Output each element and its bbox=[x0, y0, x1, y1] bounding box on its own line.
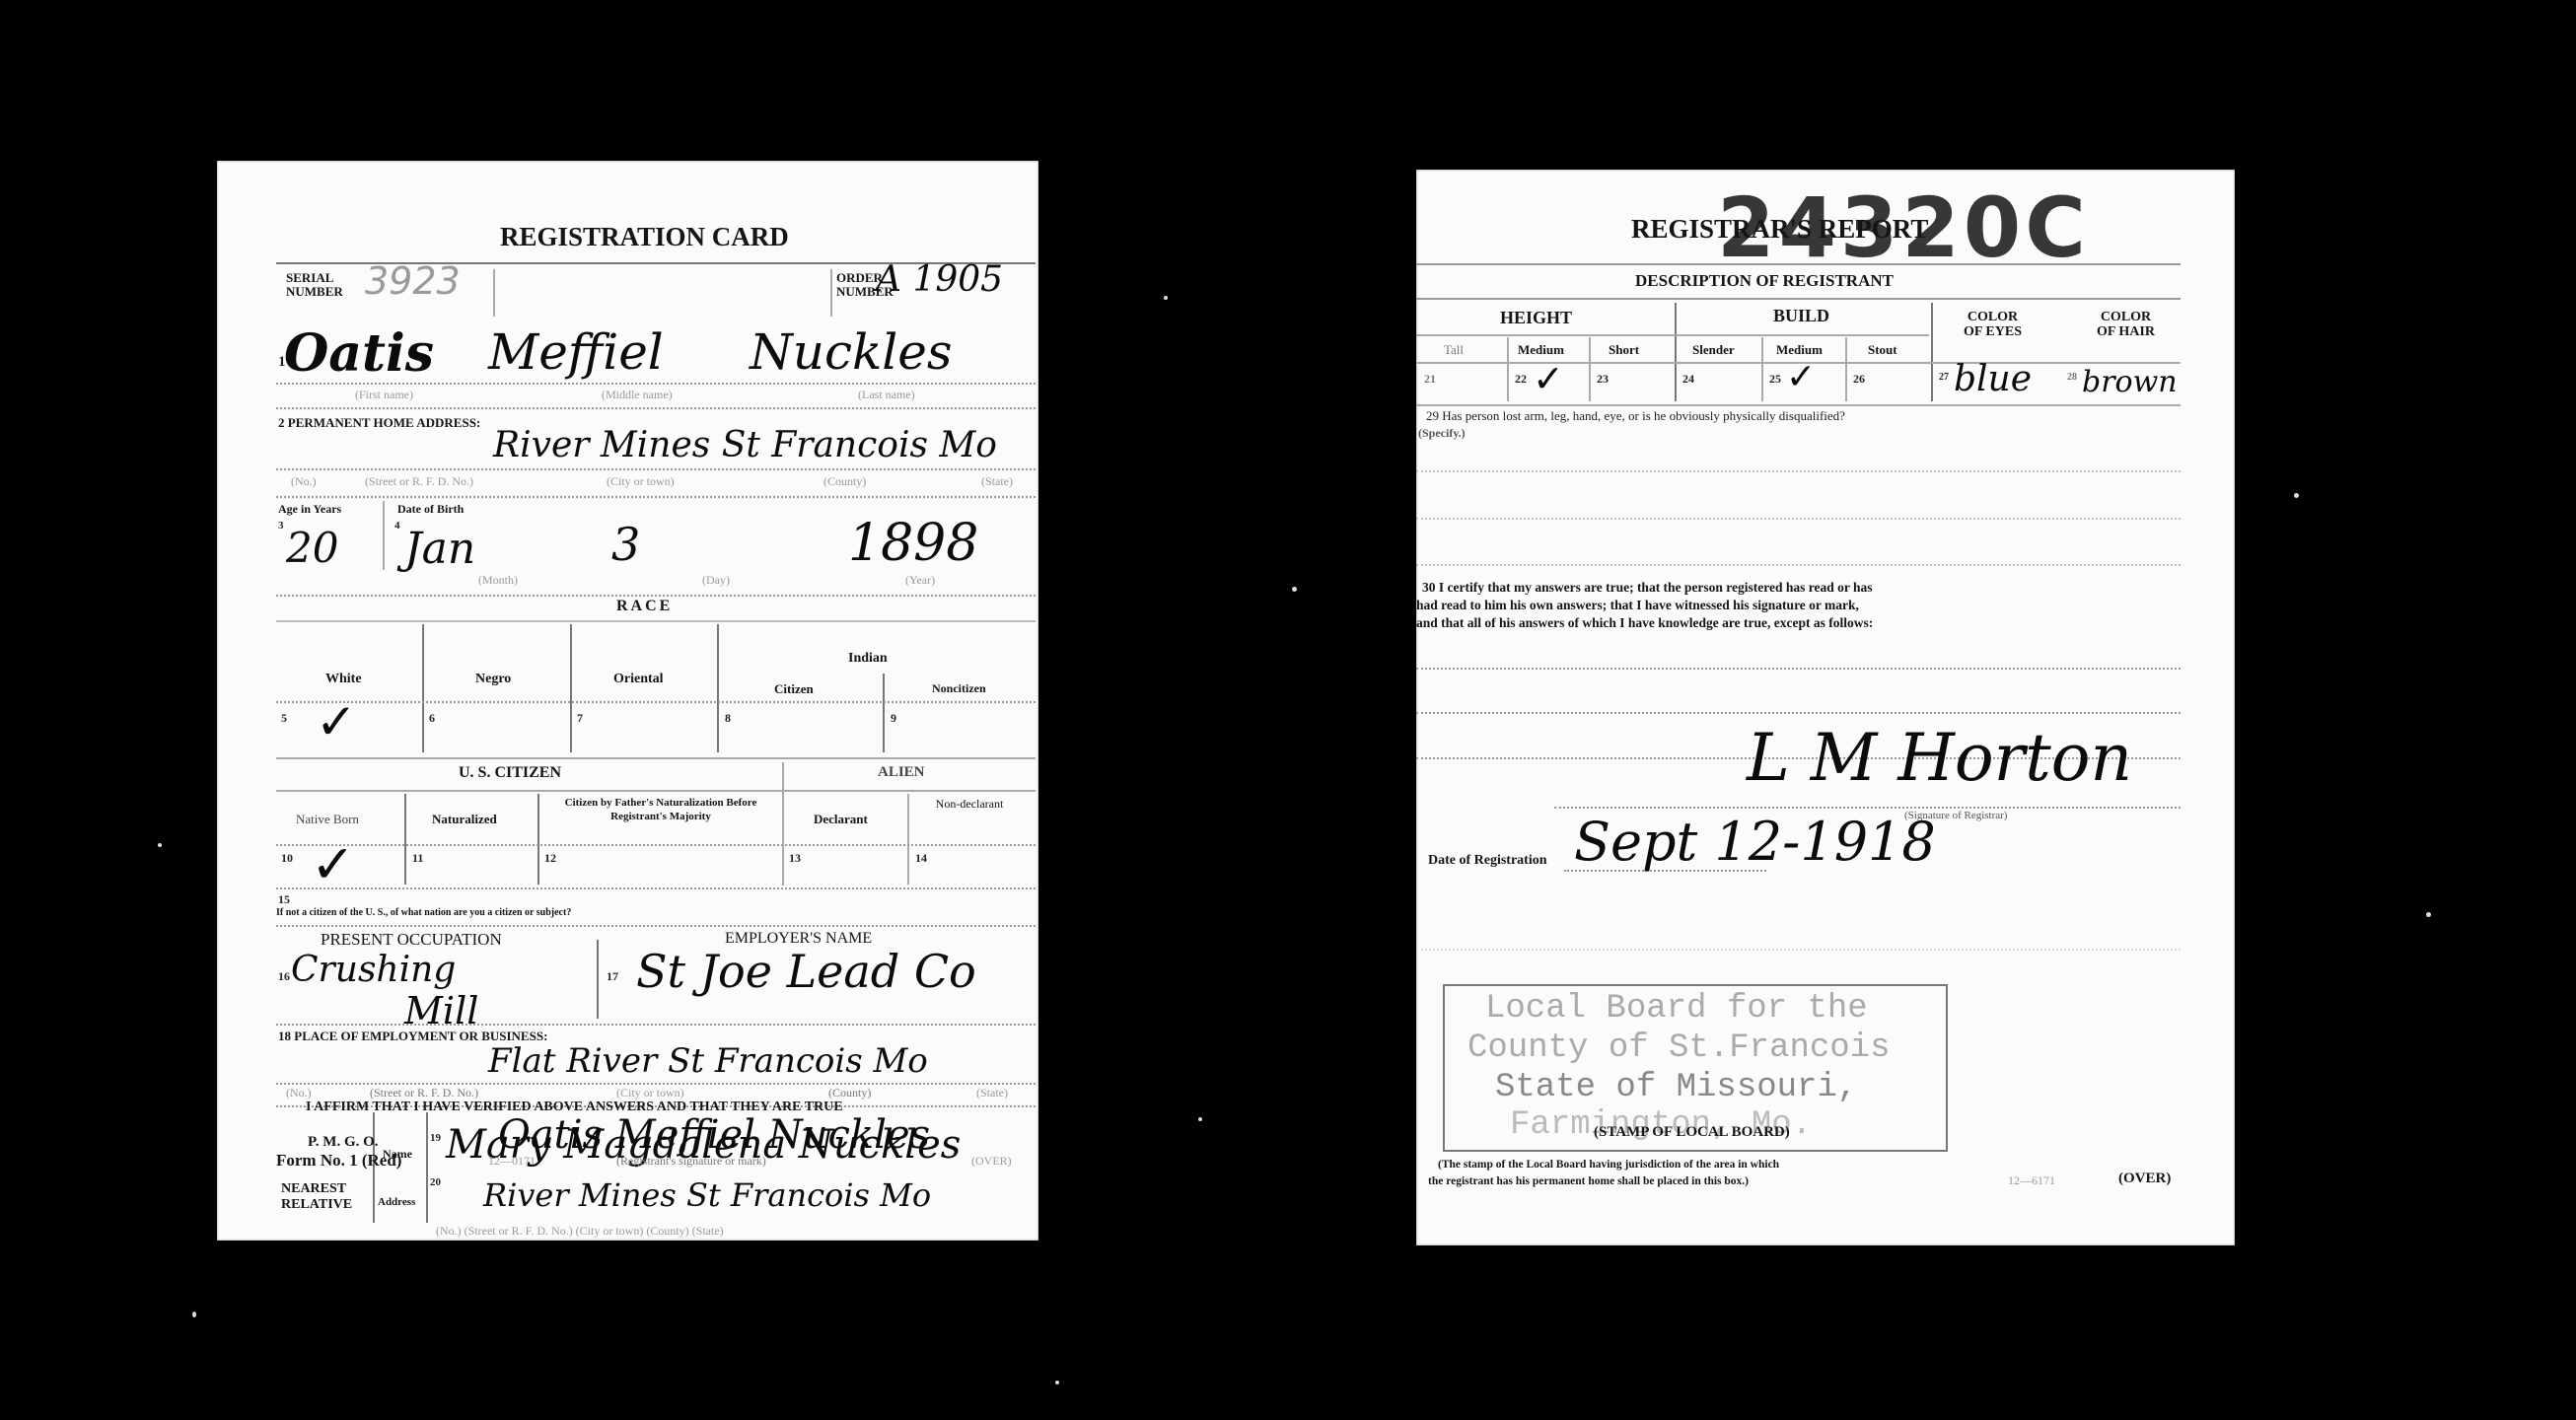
divider bbox=[1589, 337, 1591, 401]
field-number: 12 bbox=[544, 851, 556, 866]
scan-speck bbox=[1055, 1381, 1059, 1384]
scan-speck bbox=[158, 843, 162, 847]
field-number: 9 bbox=[891, 711, 896, 726]
relative-address-caption: (No.) (Street or R. F. D. No.) (City or … bbox=[436, 1224, 724, 1239]
nearest-relative-label-line2: RELATIVE bbox=[281, 1197, 352, 1213]
field-number: 20 bbox=[430, 1176, 441, 1188]
stamp-line: Local Board for the bbox=[1485, 990, 1868, 1028]
field-number: 25 bbox=[1769, 372, 1781, 387]
address-caption: (City or town) bbox=[607, 474, 675, 489]
divider bbox=[537, 794, 539, 885]
dob-caption: (Year) bbox=[905, 573, 935, 588]
field-number: 13 bbox=[789, 851, 801, 866]
scan-speck bbox=[1198, 1117, 1202, 1121]
field-number: 17 bbox=[607, 969, 618, 984]
name-caption: (Middle name) bbox=[602, 388, 673, 402]
field-number: 7 bbox=[577, 711, 583, 726]
q29-disqualification-question: 29 Has person lost arm, leg, hand, eye, … bbox=[1426, 408, 1845, 424]
dob-day: 3 bbox=[611, 518, 640, 571]
field-number: 23 bbox=[1597, 372, 1609, 387]
serial-number: 3923 bbox=[365, 259, 461, 303]
stamp-line: State of Missouri, bbox=[1495, 1069, 1857, 1106]
citizen-header-native-born: Native Born bbox=[296, 812, 359, 827]
scan-speck bbox=[1292, 587, 1297, 592]
scan-speck bbox=[192, 1312, 196, 1317]
occupation-label: PRESENT OCCUPATION bbox=[321, 930, 502, 950]
relative-address-label: Address bbox=[378, 1196, 415, 1208]
race-title: RACE bbox=[616, 598, 673, 615]
name-caption: (First name) bbox=[355, 388, 413, 402]
name-caption: (Last name) bbox=[858, 388, 915, 402]
dob-caption: (Day) bbox=[702, 573, 730, 588]
hair-color-title-line2: OF HAIR bbox=[2097, 324, 2155, 339]
field-number: 4 bbox=[394, 520, 400, 532]
hair-color-value: brown bbox=[2082, 365, 2178, 399]
divider bbox=[907, 794, 909, 885]
race-header-oriental: Oriental bbox=[613, 672, 664, 687]
dotted-line bbox=[276, 496, 1036, 498]
scan-speck bbox=[2426, 912, 2431, 917]
nearest-relative-label: NEAREST RELATIVE bbox=[281, 1181, 352, 1213]
occupation-value: Crushing bbox=[291, 950, 456, 990]
place-caption: (City or town) bbox=[616, 1086, 684, 1100]
stamp-line: County of St.Francois bbox=[1467, 1029, 1890, 1067]
permanent-address-value: River Mines St Francois Mo bbox=[493, 425, 997, 465]
dob-month: Jan bbox=[404, 524, 475, 574]
field-number: 26 bbox=[1853, 372, 1865, 387]
form-number: Form No. 1 (Red) bbox=[276, 1151, 401, 1171]
divider bbox=[717, 624, 719, 752]
dotted-line bbox=[276, 1024, 1036, 1026]
registrant-signature: Oatis Meffiel Nuckles bbox=[498, 1112, 930, 1158]
serial-label: SERIAL NUMBER bbox=[286, 271, 343, 299]
field-number: 22 bbox=[1515, 372, 1527, 387]
registration-card-front: REGISTRATION CARD SERIAL NUMBER 3923 ORD… bbox=[217, 161, 1038, 1241]
field-number: 5 bbox=[281, 711, 287, 726]
dotted-line bbox=[276, 595, 1036, 597]
race-header-indian: Indian bbox=[848, 651, 888, 667]
dotted-line bbox=[1416, 949, 2181, 951]
q15-nationality-question: If not a citizen of the U. S., of what n… bbox=[276, 907, 571, 918]
occupation-value-line2: Mill bbox=[404, 989, 478, 1032]
address-caption: (No.) bbox=[291, 474, 317, 489]
divider bbox=[883, 674, 885, 752]
place-caption: (State) bbox=[976, 1086, 1008, 1100]
alien-title: ALIEN bbox=[878, 764, 925, 781]
dob-label: Date of Birth bbox=[397, 502, 464, 517]
field-number: 15 bbox=[278, 892, 290, 907]
divider bbox=[404, 794, 406, 885]
divider bbox=[1931, 303, 1933, 401]
serial-label-line1: SERIAL bbox=[286, 271, 343, 285]
dob-year: 1898 bbox=[848, 514, 978, 573]
age-value: 20 bbox=[286, 524, 338, 572]
form-code: 12—0171 bbox=[488, 1154, 536, 1169]
dotted-line bbox=[276, 407, 1036, 409]
build-title: BUILD bbox=[1773, 306, 1829, 326]
dotted-line bbox=[1416, 668, 2181, 670]
race-header-indian-noncitizen: Noncitizen bbox=[932, 681, 986, 696]
stamp-instruction-line-1: (The stamp of the Local Board having jur… bbox=[1438, 1159, 1779, 1171]
dotted-line bbox=[1416, 712, 2181, 714]
build-header-stout: Stout bbox=[1868, 342, 1897, 358]
place-caption: (No.) bbox=[286, 1086, 312, 1100]
divider bbox=[782, 762, 784, 886]
address-caption: (Street or R. F. D. No.) bbox=[365, 474, 473, 489]
divider bbox=[1416, 334, 1929, 336]
build-header-medium: Medium bbox=[1776, 342, 1823, 358]
age-label: Age in Years bbox=[278, 502, 341, 517]
card-title: REGISTRATION CARD bbox=[500, 222, 789, 252]
race-header-white: White bbox=[325, 672, 362, 687]
divider bbox=[276, 790, 1036, 792]
dotted-line bbox=[1416, 518, 2181, 520]
height-medium-checkmark: ✓ bbox=[1533, 357, 1564, 400]
middle-name: Meffiel bbox=[488, 323, 664, 381]
over-label: (OVER) bbox=[971, 1154, 1012, 1169]
dotted-line bbox=[276, 1083, 1036, 1085]
scan-speck bbox=[2294, 493, 2299, 498]
certification-line-3: and that all of his answers of which I h… bbox=[1416, 615, 1873, 631]
hair-color-title: COLOR OF HAIR bbox=[2097, 310, 2155, 339]
divider bbox=[830, 269, 832, 317]
field-number: 27 bbox=[1939, 372, 1949, 383]
divider bbox=[276, 620, 1036, 622]
race-header-indian-citizen: Citizen bbox=[774, 681, 814, 697]
field-number: 28 bbox=[2067, 372, 2077, 383]
address-caption: (County) bbox=[823, 474, 866, 489]
dob-caption: (Month) bbox=[478, 573, 518, 588]
scan-speck bbox=[1164, 296, 1168, 300]
height-header-medium: Medium bbox=[1518, 342, 1564, 358]
citizen-header-father-naturalization: Citizen by Father's Naturalization Befor… bbox=[552, 796, 769, 823]
form-issuer: P. M. G. O. bbox=[308, 1134, 379, 1151]
divider bbox=[383, 501, 385, 570]
permanent-address-label: 2 PERMANENT HOME ADDRESS: bbox=[278, 415, 480, 431]
race-header-negro: Negro bbox=[475, 672, 511, 687]
registrars-report-back: REGISTRAR'S REPORT 24320C DESCRIPTION OF… bbox=[1416, 170, 2235, 1245]
field-number: 8 bbox=[725, 711, 731, 726]
eye-color-value: blue bbox=[1954, 359, 2032, 399]
field-number: 24 bbox=[1682, 372, 1694, 387]
divider bbox=[422, 624, 424, 752]
over-label: (OVER) bbox=[2118, 1171, 2171, 1187]
divider bbox=[1845, 337, 1847, 401]
employer-value: St Joe Lead Co bbox=[636, 945, 976, 998]
divider bbox=[1675, 303, 1677, 401]
hair-color-title-line1: COLOR bbox=[2097, 310, 2155, 324]
field-number: 3 bbox=[278, 520, 284, 532]
dotted-line bbox=[276, 468, 1036, 470]
field-number: 11 bbox=[412, 851, 423, 866]
us-citizen-title: U. S. CITIZEN bbox=[459, 764, 561, 782]
field-number: 21 bbox=[1424, 372, 1436, 387]
eye-color-title-line1: COLOR bbox=[1964, 310, 2022, 324]
form-code: 12—6171 bbox=[2008, 1173, 2055, 1188]
certification-line-2: had read to him his own answers; that I … bbox=[1416, 598, 1859, 613]
stamp-instruction-line-2: the registrant has his permanent home sh… bbox=[1428, 1175, 1749, 1187]
stamped-serial-number: 24320C bbox=[1717, 179, 2090, 276]
divider bbox=[1416, 404, 2181, 406]
build-medium-checkmark: ✓ bbox=[1786, 357, 1816, 397]
place-of-employment-value: Flat River St Francois Mo bbox=[488, 1041, 928, 1081]
eye-color-title-line2: OF EYES bbox=[1964, 324, 2022, 339]
field-number: 19 bbox=[430, 1132, 441, 1144]
serial-label-line2: NUMBER bbox=[286, 285, 343, 299]
dotted-line bbox=[276, 844, 1036, 846]
divider bbox=[1507, 337, 1509, 401]
description-title: DESCRIPTION OF REGISTRANT bbox=[1635, 271, 1894, 291]
alien-header-declarant: Declarant bbox=[814, 812, 868, 827]
divider bbox=[1761, 337, 1763, 401]
divider bbox=[493, 269, 495, 317]
divider bbox=[276, 757, 1036, 759]
signature-line bbox=[1554, 807, 2181, 809]
order-number: A 1905 bbox=[876, 259, 1003, 300]
height-header-short: Short bbox=[1609, 342, 1639, 358]
divider bbox=[1416, 298, 2181, 300]
address-caption: (State) bbox=[981, 474, 1013, 489]
stamp-caption: (STAMP OF LOCAL BOARD) bbox=[1594, 1124, 1790, 1141]
eye-color-title: COLOR OF EYES bbox=[1964, 310, 2022, 339]
dotted-line bbox=[276, 887, 1036, 889]
registrar-signature: L M Horton bbox=[1747, 720, 2132, 796]
place-caption: (Street or R. F. D. No.) bbox=[370, 1086, 478, 1100]
height-title: HEIGHT bbox=[1500, 308, 1572, 328]
signature-caption: (Registrant's signature or mark) bbox=[616, 1154, 766, 1169]
field-number: 10 bbox=[281, 851, 293, 866]
dotted-line bbox=[1416, 564, 2181, 566]
dotted-line bbox=[1416, 470, 2181, 472]
place-caption: (County) bbox=[828, 1086, 871, 1100]
height-header-tall: Tall bbox=[1444, 342, 1464, 358]
alien-header-nondeclarant: Non-declarant bbox=[925, 796, 1014, 812]
date-of-registration-value: Sept 12-1918 bbox=[1574, 811, 1936, 873]
race-white-checkmark: ✓ bbox=[316, 693, 357, 750]
first-name: Oatis bbox=[284, 323, 434, 384]
dotted-line bbox=[276, 925, 1036, 927]
divider bbox=[1416, 263, 2181, 265]
field-number: 14 bbox=[915, 851, 927, 866]
nearest-relative-label-line1: NEAREST bbox=[281, 1181, 352, 1197]
dotted-line bbox=[276, 383, 1036, 385]
divider bbox=[570, 624, 572, 752]
field-number: 16 bbox=[278, 969, 290, 984]
certification-line-1: 30 I certify that my answers are true; t… bbox=[1422, 580, 1873, 596]
last-name: Nuckles bbox=[750, 323, 953, 381]
date-of-registration-label: Date of Registration bbox=[1428, 853, 1547, 869]
dotted-line bbox=[276, 701, 1036, 703]
relative-address-value: River Mines St Francois Mo bbox=[483, 1176, 931, 1214]
native-born-checkmark: ✓ bbox=[311, 833, 355, 895]
field-number: 6 bbox=[429, 711, 435, 726]
divider bbox=[426, 1112, 428, 1223]
build-header-slender: Slender bbox=[1692, 342, 1735, 358]
q29-specify: (Specify.) bbox=[1418, 426, 1466, 441]
citizen-header-naturalized: Naturalized bbox=[432, 812, 497, 827]
divider bbox=[597, 940, 599, 1019]
